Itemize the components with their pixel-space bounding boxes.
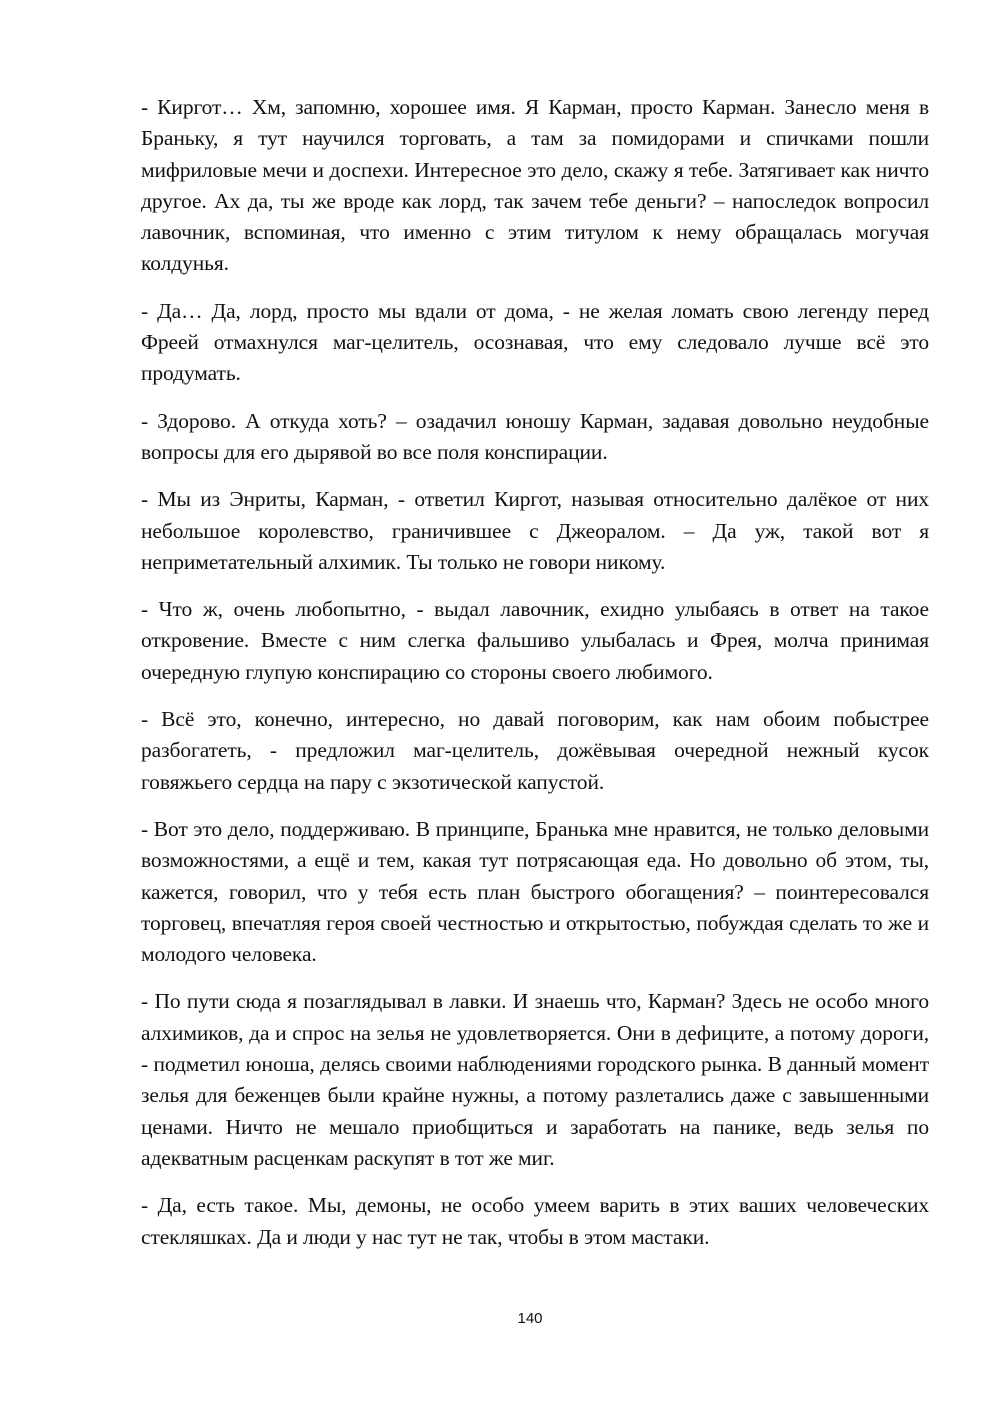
paragraph-9: - Да, есть такое. Мы, демоны, не особо у… [141,1190,929,1253]
paragraph-1: - Киргот… Хм, запомню, хорошее имя. Я Ка… [141,92,929,280]
page-number: 140 [0,1310,1000,1327]
paragraph-4: - Мы из Энриты, Карман, - ответил Киргот… [141,484,929,578]
paragraph-6: - Всё это, конечно, интересно, но давай … [141,704,929,798]
paragraph-7: - Вот это дело, поддерживаю. В принципе,… [141,814,929,970]
paragraph-8: - По пути сюда я позаглядывал в лавки. И… [141,986,929,1174]
paragraph-5: - Что ж, очень любопытно, - выдал лавочн… [141,594,929,688]
paragraph-3: - Здорово. А откуда хоть? – озадачил юно… [141,406,929,469]
page-body: - Киргот… Хм, запомню, хорошее имя. Я Ка… [141,92,929,1269]
paragraph-2: - Да… Да, лорд, просто мы вдали от дома,… [141,296,929,390]
